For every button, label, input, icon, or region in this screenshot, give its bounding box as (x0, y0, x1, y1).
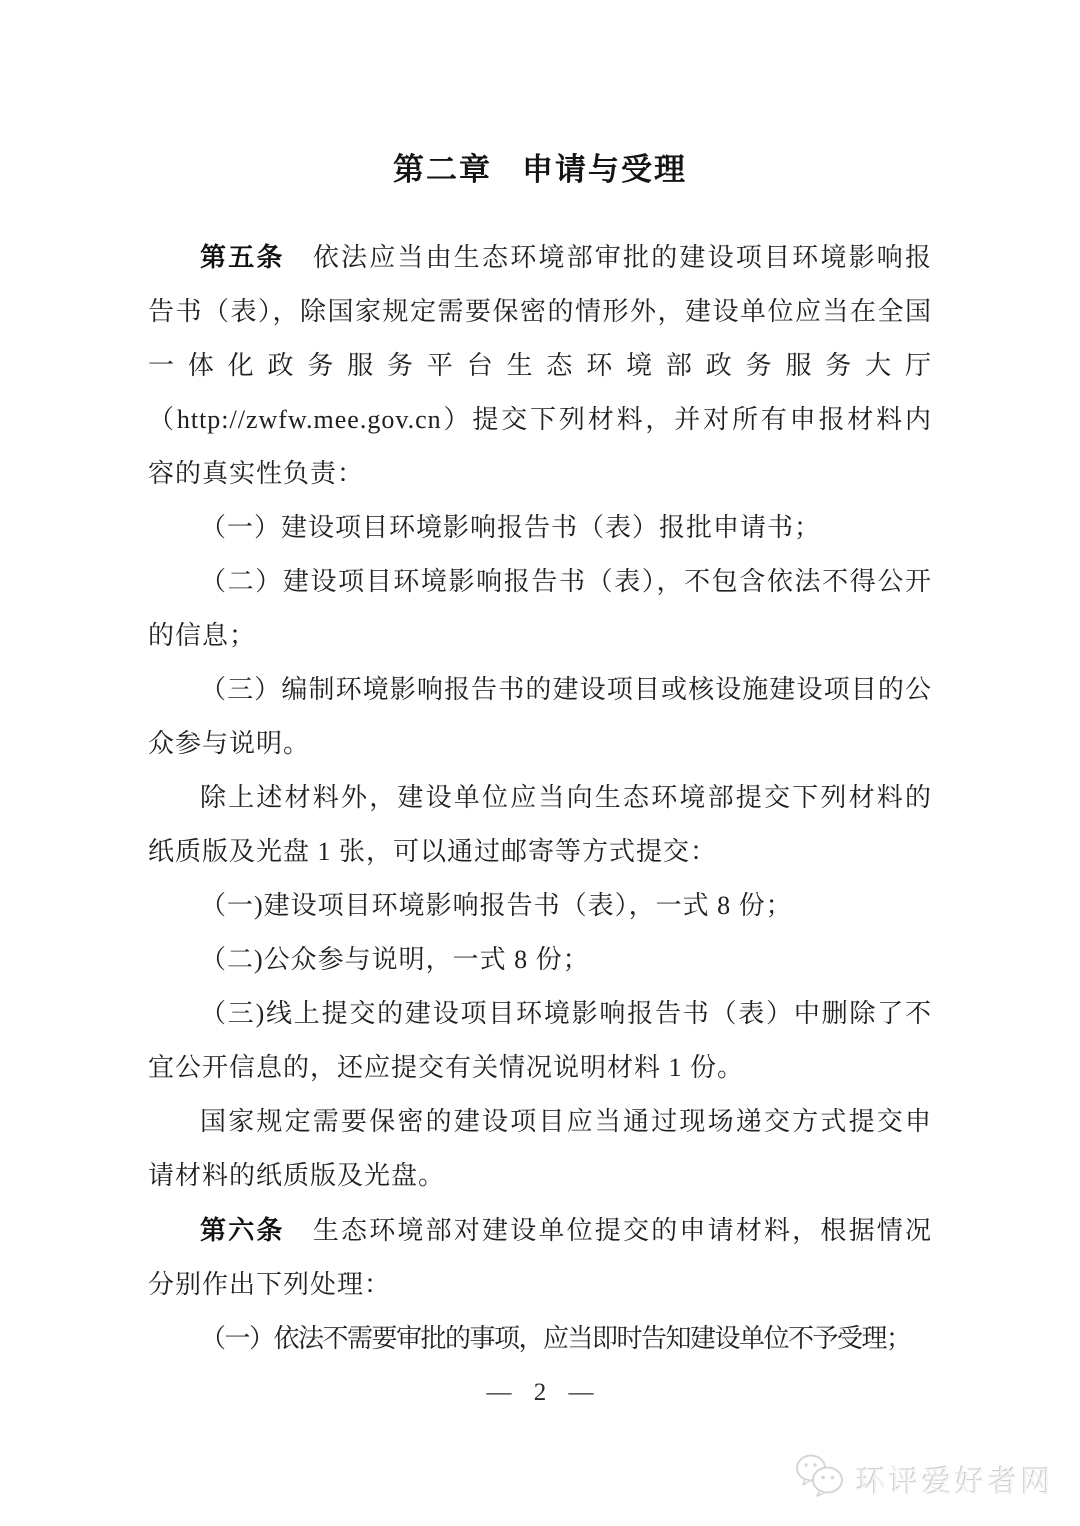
document-line: 纸质版及光盘 1 张，可以通过邮寄等方式提交： (148, 825, 932, 879)
document-line: （二)公众参与说明，一式 8 份； (148, 933, 932, 987)
document-line: （一）依法不需要审批的事项，应当即时告知建设单位不予受理； (148, 1312, 932, 1366)
document-page: 第二章申请与受理 第五条 依法应当由生态环境部审批的建设项目环境影响报告书（表）… (0, 0, 1080, 1526)
document-line: 告书（表），除国家规定需要保密的情形外，建设单位应当在全国 (148, 285, 932, 339)
document-line: 众参与说明。 (148, 717, 932, 771)
chapter-title: 第二章申请与受理 (148, 148, 932, 192)
document-line: （三）编制环境影响报告书的建设项目或核设施建设项目的公 (148, 663, 932, 717)
document-line: （一）建设项目环境影响报告书（表）报批申请书； (148, 501, 932, 555)
document-line: 容的真实性负责： (148, 447, 932, 501)
document-line: 第六条 生态环境部对建设单位提交的申请材料，根据情况 (148, 1203, 932, 1258)
document-line: 国家规定需要保密的建设项目应当通过现场递交方式提交申 (148, 1095, 932, 1149)
page-number: — 2 — (148, 1378, 932, 1408)
watermark-text: 环评爱好者网 (856, 1457, 1054, 1501)
document-line: （一)建设项目环境影响报告书（表），一式 8 份； (148, 879, 932, 933)
document-line: 分别作出下列处理： (148, 1258, 932, 1312)
document-line: 宜公开信息的，还应提交有关情况说明材料 1 份。 (148, 1041, 932, 1095)
document-line: 请材料的纸质版及光盘。 (148, 1149, 932, 1203)
document-line: 第五条 依法应当由生态环境部审批的建设项目环境影响报 (148, 230, 932, 285)
document-body: 第五条 依法应当由生态环境部审批的建设项目环境影响报告书（表），除国家规定需要保… (148, 230, 932, 1366)
chapter-name: 申请与受理 (522, 152, 687, 187)
article-number: 第六条 (200, 1215, 285, 1245)
watermark: 环评爱好者网 (794, 1453, 1054, 1504)
article-number: 第五条 (200, 242, 285, 272)
document-line: 除上述材料外，建设单位应当向生态环境部提交下列材料的 (148, 771, 932, 825)
document-line: （二）建设项目环境影响报告书（表），不包含依法不得公开 (148, 555, 932, 609)
document-line: 一体化政务服务平台生态环境部政务服务大厅 (148, 339, 932, 393)
document-content: 第二章申请与受理 第五条 依法应当由生态环境部审批的建设项目环境影响报告书（表）… (148, 0, 932, 1408)
wechat-icon (794, 1453, 846, 1504)
document-line: （三)线上提交的建设项目环境影响报告书（表）中删除了不 (148, 987, 932, 1041)
chapter-number: 第二章 (393, 152, 492, 187)
document-line: （http://zwfw.mee.gov.cn）提交下列材料，并对所有申报材料内 (148, 393, 932, 447)
document-line: 的信息； (148, 609, 932, 663)
